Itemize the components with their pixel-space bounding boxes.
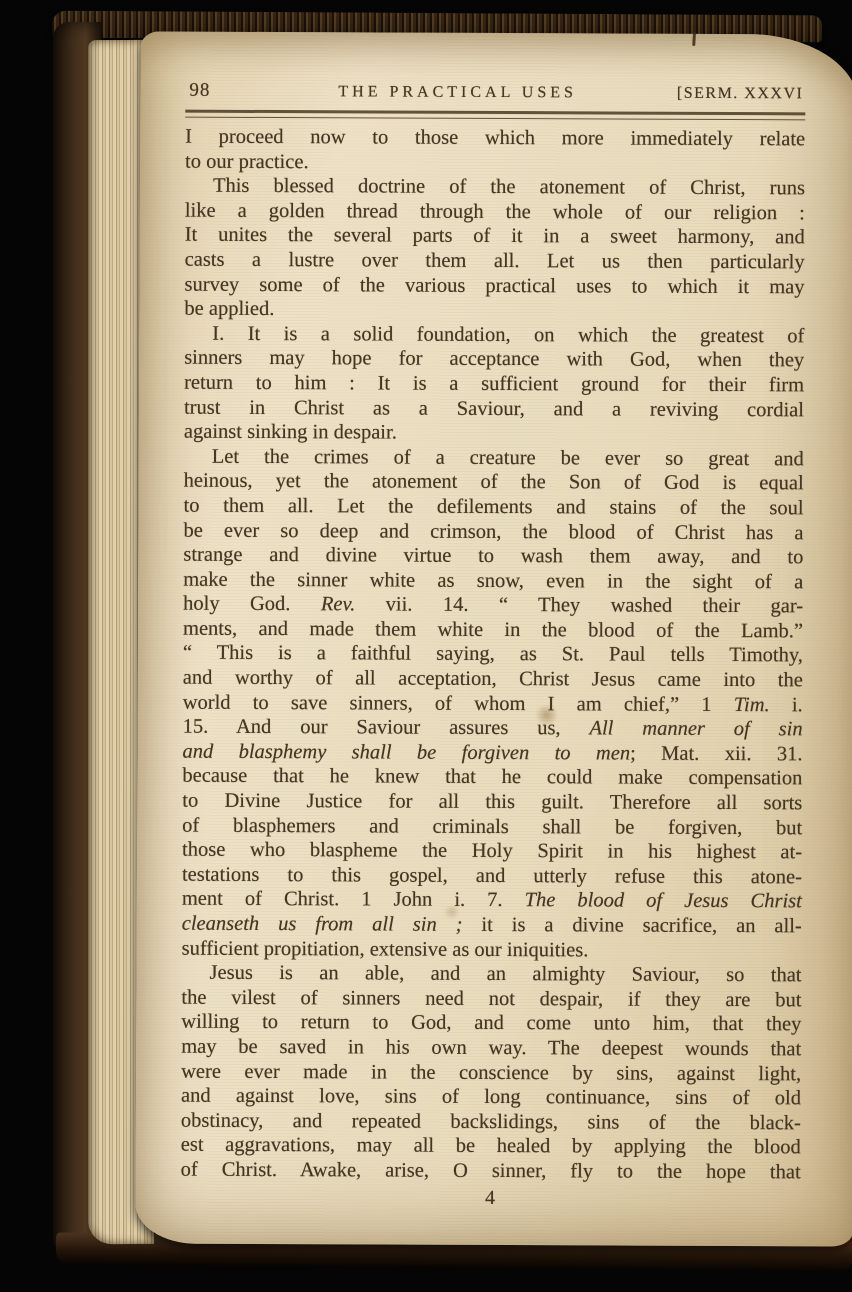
text-line: of blasphemers and criminals shall be fo…: [182, 813, 802, 840]
text-line: cleanseth us from all sin ; it is a divi…: [182, 912, 802, 939]
signature-mark: 4: [181, 1185, 801, 1211]
text-line: Let the crimes of a creature be ever so …: [184, 444, 804, 471]
page-number: 98: [185, 80, 210, 102]
text-line: casts a lustre over them all. Let us the…: [185, 248, 805, 275]
text-line: strange and divine virtue to wash them a…: [183, 543, 803, 570]
text-line: est aggravations, may all be healed by a…: [181, 1133, 801, 1160]
running-title: THE PRACTICAL USES: [338, 83, 577, 102]
text-line: and worthy of all acceptation, Christ Je…: [183, 666, 803, 693]
printed-area: 98 THE PRACTICAL USES [SERM. XXXVI I pro…: [181, 80, 806, 1211]
text-line: and blasphemy shall be forgiven to men; …: [182, 739, 802, 766]
page-header: 98 THE PRACTICAL USES [SERM. XXXVI: [185, 80, 805, 109]
text-line: return to him : It is a sufficient groun…: [184, 371, 804, 398]
text-line: of Christ. Awake, arise, O sinner, fly t…: [181, 1158, 801, 1185]
text-line: against sinking in despair.: [184, 420, 804, 447]
text-line: were ever made in the conscience by sins…: [181, 1059, 801, 1086]
book-page: 98 THE PRACTICAL USES [SERM. XXXVI I pro…: [135, 31, 852, 1246]
text-line: trust in Christ as a Saviour, and a revi…: [184, 395, 804, 422]
text-line: like a golden thread through the whole o…: [185, 198, 805, 225]
text-line: to Divine Justice for all this guilt. Th…: [182, 789, 802, 816]
header-double-rule: [185, 110, 805, 121]
text-line: be ever so deep and crimson, the blood o…: [183, 518, 803, 545]
text-line: Jesus is an able, and an almighty Saviou…: [181, 961, 801, 988]
text-line: heinous, yet the atonement of the Son of…: [184, 469, 804, 496]
text-line: I. It is a solid foundation, on which th…: [184, 321, 804, 348]
book-scan: 98 THE PRACTICAL USES [SERM. XXXVI I pro…: [0, 0, 852, 1292]
text-line: ment of Christ. 1 John i. 7. The blood o…: [182, 887, 802, 914]
text-line: to our practice.: [185, 149, 805, 176]
text-line: to them all. Let the defilements and sta…: [184, 494, 804, 521]
stray-ink-mark: [692, 32, 696, 46]
text-line: sinners may hope for acceptance with God…: [184, 346, 804, 373]
sermon-label: [SERM. XXXVI: [677, 85, 806, 104]
text-line: and against love, sins of long continuan…: [181, 1084, 801, 1111]
text-line: the vilest of sinners need not despair, …: [181, 985, 801, 1012]
text-line: may be saved in his own way. The deepest…: [181, 1035, 801, 1062]
text-line: be applied.: [184, 297, 804, 324]
text-line: ments, and made them white in the blood …: [183, 617, 803, 644]
text-line: willing to return to God, and come unto …: [181, 1010, 801, 1037]
text-line: survey some of the various practical use…: [184, 272, 804, 299]
text-line: testations to this gospel, and utterly r…: [182, 862, 802, 889]
text-line: 15. And our Saviour assures us, All mann…: [183, 715, 803, 742]
text-line: sufficient propitiation, extensive as ou…: [182, 936, 802, 963]
text-line: holy God. Rev. vii. 14. “ They washed th…: [183, 592, 803, 619]
text-line: This blessed doctrine of the atonement o…: [185, 174, 805, 201]
text-line: make the sinner white as snow, even in t…: [183, 567, 803, 594]
text-column: I proceed now to those which more immedi…: [181, 125, 806, 1185]
text-line: “ This is a faithful saying, as St. Paul…: [183, 641, 803, 668]
text-line: I proceed now to those which more immedi…: [185, 125, 805, 152]
text-line: world to save sinners, of whom I am chie…: [183, 690, 803, 717]
text-line: It unites the several parts of it in a s…: [185, 223, 805, 250]
text-line: obstinacy, and repeated backslidings, si…: [181, 1108, 801, 1135]
text-line: those who blaspheme the Holy Spirit in h…: [182, 838, 802, 865]
text-line: because that he knew that he could make …: [182, 764, 802, 791]
